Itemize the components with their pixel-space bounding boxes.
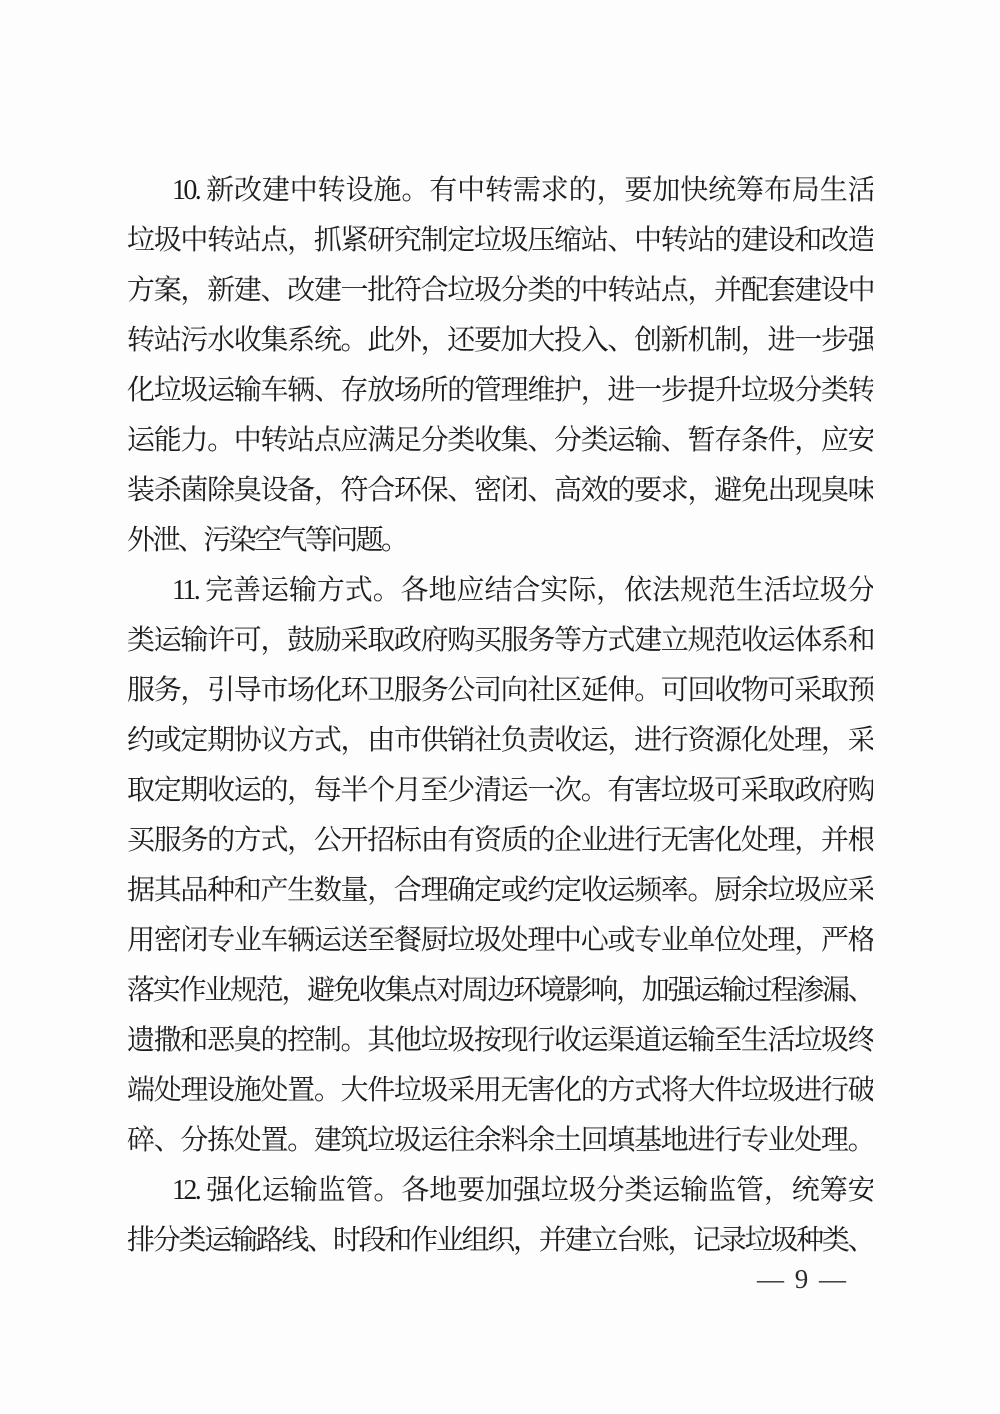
text-line: 落实作业规范，避免收集点对周边环境影响，加强运输过程渗漏、 bbox=[127, 966, 873, 1016]
page-number: — 9 — bbox=[757, 1263, 848, 1295]
text-line: 据其品种和产生数量，合理确定或约定收运频率。厨余垃圾应采 bbox=[127, 866, 873, 916]
text-line: 排分类运输路线、时段和作业组织，并建立台账，记录垃圾种类、 bbox=[127, 1216, 873, 1266]
text-line: 运能力。中转站点应满足分类收集、分类运输、暂存条件，应安 bbox=[127, 416, 873, 466]
document-body: 10. 新改建中转设施。有中转需求的，要加快统筹布局生活 垃圾中转站点，抓紧研究… bbox=[127, 166, 873, 1266]
text-line: 转站污水收集系统。此外，还要加大投入、创新机制，进一步强 bbox=[127, 316, 873, 366]
paragraph-item-11: 11. 完善运输方式。各地应结合实际，依法规范生活垃圾分 类运输许可，鼓励采取政… bbox=[127, 566, 873, 1166]
text-line: 11. 完善运输方式。各地应结合实际，依法规范生活垃圾分 bbox=[127, 566, 873, 616]
text-line: 化垃圾运输车辆、存放场所的管理维护，进一步提升垃圾分类转 bbox=[127, 366, 873, 416]
paragraph-item-12: 12. 强化运输监管。各地要加强垃圾分类运输监管，统筹安 排分类运输路线、时段和… bbox=[127, 1166, 873, 1266]
text-line: 遗撒和恶臭的控制。其他垃圾按现行收运渠道运输至生活垃圾终 bbox=[127, 1016, 873, 1066]
document-page: 10. 新改建中转设施。有中转需求的，要加快统筹布局生活 垃圾中转站点，抓紧研究… bbox=[0, 0, 1000, 1414]
text-line: 用密闭专业车辆运送至餐厨垃圾处理中心或专业单位处理，严格 bbox=[127, 916, 873, 966]
paragraph-item-10: 10. 新改建中转设施。有中转需求的，要加快统筹布局生活 垃圾中转站点，抓紧研究… bbox=[127, 166, 873, 566]
text-line: 装杀菌除臭设备，符合环保、密闭、高效的要求，避免出现臭味 bbox=[127, 466, 873, 516]
text-line: 垃圾中转站点，抓紧研究制定垃圾压缩站、中转站的建设和改造 bbox=[127, 216, 873, 266]
text-line: 碎、分拣处置。建筑垃圾运往余料余土回填基地进行专业处理。 bbox=[127, 1116, 873, 1166]
text-line: 12. 强化运输监管。各地要加强垃圾分类运输监管，统筹安 bbox=[127, 1166, 873, 1216]
text-line: 约或定期协议方式，由市供销社负责收运，进行资源化处理，采 bbox=[127, 716, 873, 766]
text-line: 10. 新改建中转设施。有中转需求的，要加快统筹布局生活 bbox=[127, 166, 873, 216]
text-line: 买服务的方式，公开招标由有资质的企业进行无害化处理，并根 bbox=[127, 816, 873, 866]
text-line: 外泄、污染空气等问题。 bbox=[127, 516, 873, 566]
text-line: 端处理设施处置。大件垃圾采用无害化的方式将大件垃圾进行破 bbox=[127, 1066, 873, 1116]
text-line: 类运输许可，鼓励采取政府购买服务等方式建立规范收运体系和 bbox=[127, 616, 873, 666]
text-line: 取定期收运的，每半个月至少清运一次。有害垃圾可采取政府购 bbox=[127, 766, 873, 816]
text-line: 服务，引导市场化环卫服务公司向社区延伸。可回收物可采取预 bbox=[127, 666, 873, 716]
text-line: 方案，新建、改建一批符合垃圾分类的中转站点，并配套建设中 bbox=[127, 266, 873, 316]
